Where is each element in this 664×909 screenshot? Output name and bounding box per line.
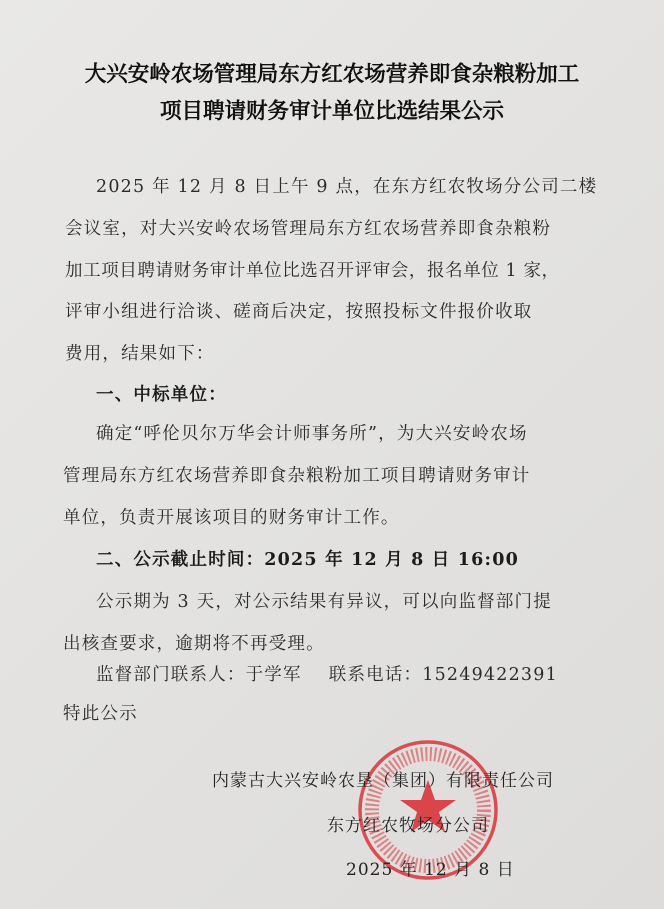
section2-line-2: 出核查要求，逾期将不再受理。 [63, 630, 325, 655]
signature-org-line2: 东方红农牧场分公司 [327, 811, 489, 836]
body-line-3: 加工项目聘请财务审计单位比选召开评审会，报名单位 1 家， [65, 257, 560, 282]
section1-line-2: 管理局东方红农场营养即食杂粮粉加工项目聘请财务审计 [63, 462, 531, 487]
section1-line-1: 确定“呼伦贝尔万华会计师事务所”，为大兴安岭农场 [96, 420, 528, 445]
section1-line-3: 单位，负责开展该项目的财务审计工作。 [63, 504, 400, 529]
signature-date: 2025 年 12 月 8 日 [346, 855, 515, 880]
body-line-2: 会议室，对大兴安岭农场管理局东方红农场营养即食杂粮粉 [65, 215, 551, 240]
body-line-5: 费用，结果如下： [65, 340, 215, 365]
contact-line: 监督部门联系人：于学军 联系电话：15249422391 [96, 661, 558, 686]
section2-line-1: 公示期为 3 天，对公示结果有异议，可以向监督部门提 [96, 588, 552, 613]
closing-text: 特此公示 [63, 700, 138, 725]
document-title-line2: 项目聘请财务审计单位比选结果公示 [0, 94, 664, 125]
body-line-1: 2025 年 12 月 8 日上午 9 点，在东方红农牧场分公司二楼 [96, 173, 597, 198]
body-line-4: 评审小组进行洽谈、磋商后决定，按照投标文件报价收取 [65, 298, 533, 323]
section2-heading: 二、公示截止时间：2025 年 12 月 8 日 16:00 [96, 546, 519, 571]
document-page: 大兴安岭农场管理局东方红农场营养即食杂粮粉加工 项目聘请财务审计单位比选结果公示… [0, 0, 664, 909]
signature-org-line1: 内蒙古大兴安岭农垦（集团）有限责任公司 [212, 766, 554, 791]
document-title-line1: 大兴安岭农场管理局东方红农场营养即食杂粮粉加工 [0, 57, 664, 88]
section1-heading: 一、中标单位： [96, 381, 227, 406]
